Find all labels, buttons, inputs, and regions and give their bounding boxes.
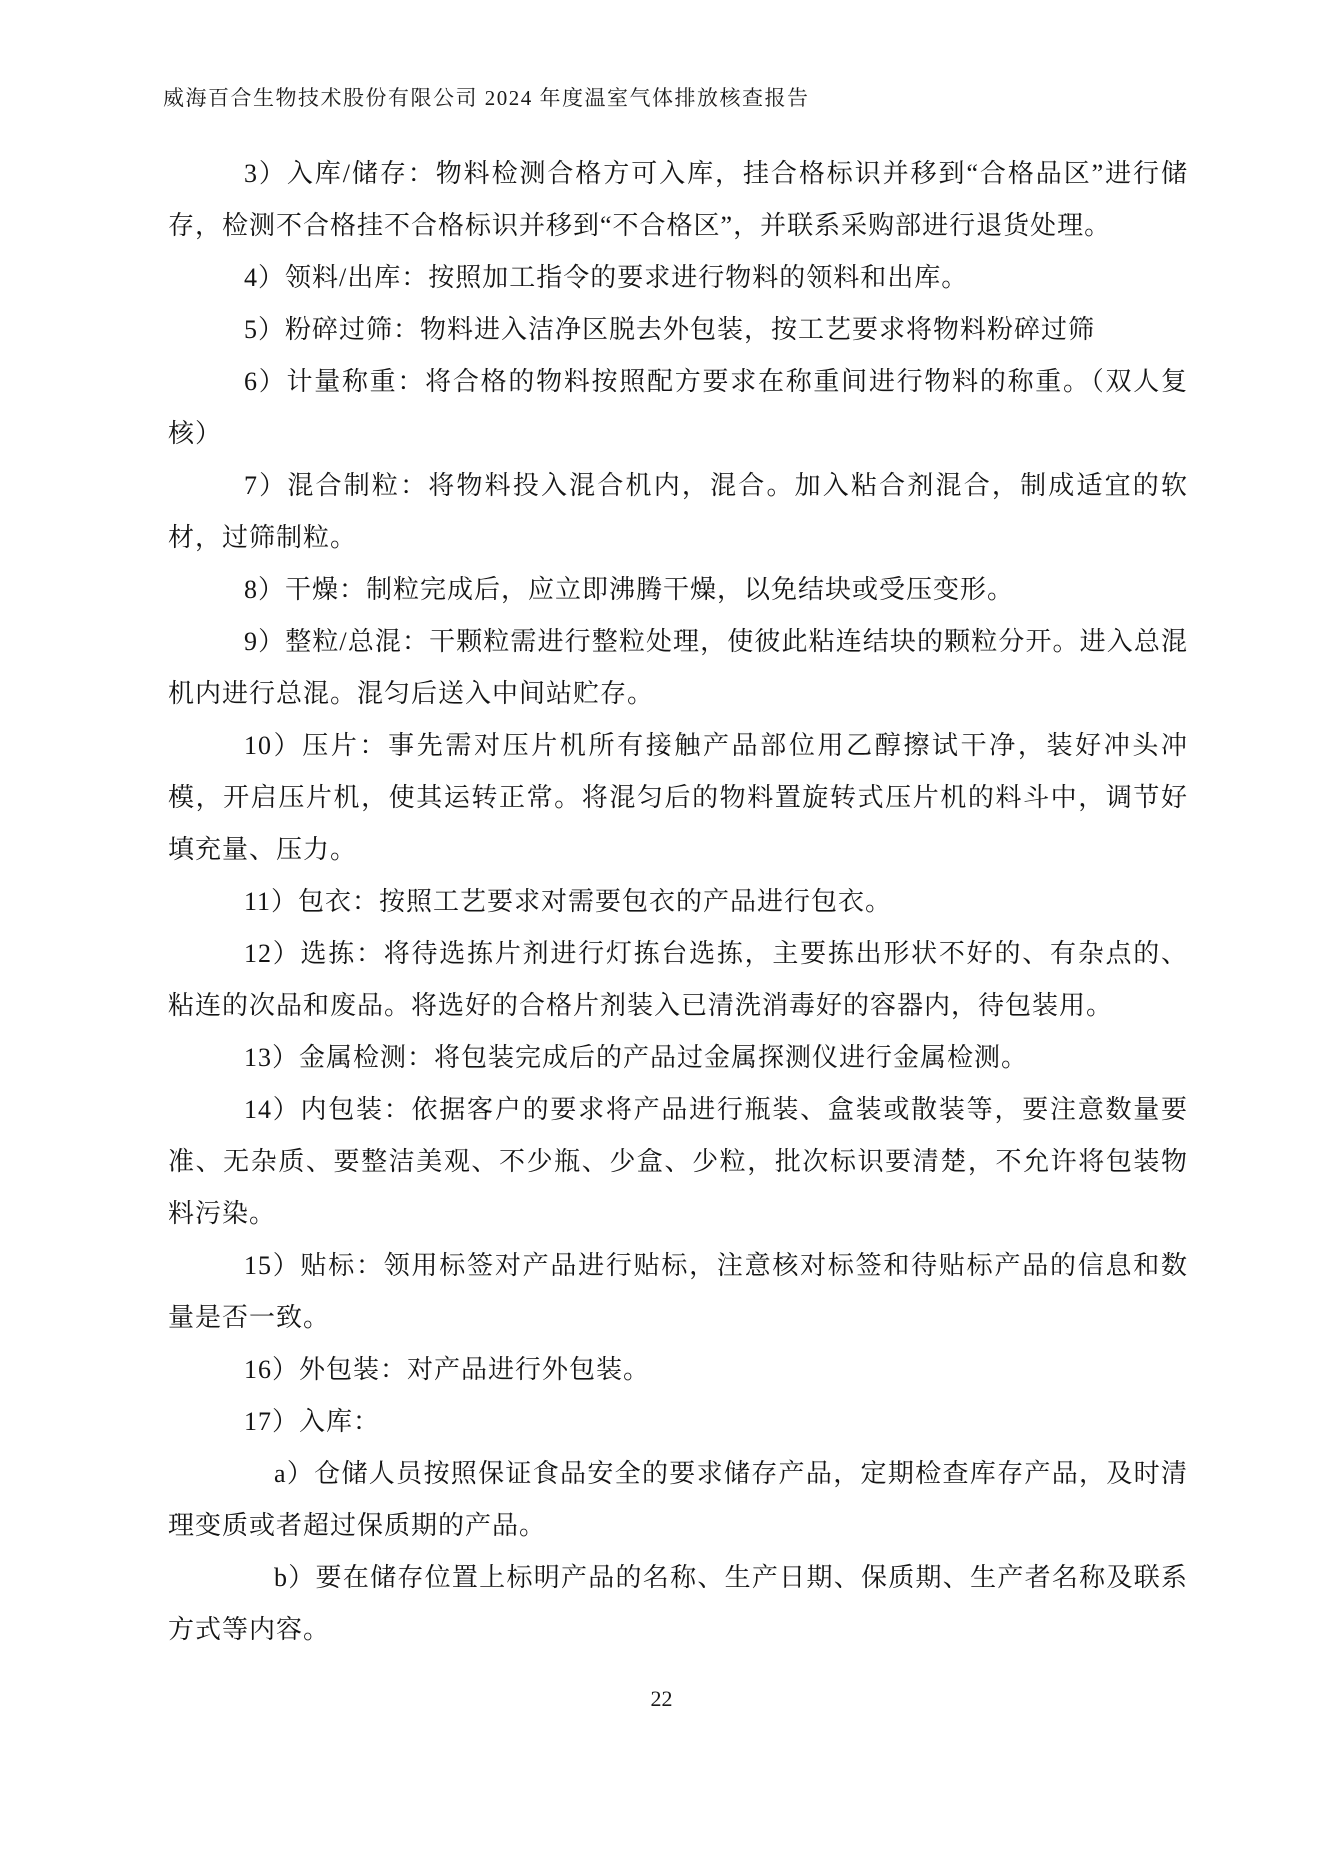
document-page: 威海百合生物技术股份有限公司 2024 年度温室气体排放核查报告 3）入库/储存… bbox=[0, 0, 1323, 1871]
step-9-paragraph: 9）整粒/总混：干颗粒需进行整粒处理，使彼此粘连结块的颗粒分开。进入总混机内进行… bbox=[168, 616, 1188, 720]
step-17b-paragraph: b）要在储存位置上标明产品的名称、生产日期、保质期、生产者名称及联系方式等内容。 bbox=[168, 1552, 1188, 1656]
step-5-paragraph: 5）粉碎过筛：物料进入洁净区脱去外包装，按工艺要求将物料粉碎过筛 bbox=[168, 304, 1188, 356]
step-6-paragraph: 6）计量称重：将合格的物料按照配方要求在称重间进行物料的称重。（双人复核） bbox=[168, 356, 1188, 460]
step-11-paragraph: 11）包衣：按照工艺要求对需要包衣的产品进行包衣。 bbox=[168, 876, 1188, 928]
step-8-paragraph: 8）干燥：制粒完成后，应立即沸腾干燥，以免结块或受压变形。 bbox=[168, 564, 1188, 616]
running-header-title: 威海百合生物技术股份有限公司 2024 年度温室气体排放核查报告 bbox=[163, 82, 810, 112]
step-15-paragraph: 15）贴标：领用标签对产品进行贴标，注意核对标签和待贴标产品的信息和数量是否一致… bbox=[168, 1240, 1188, 1344]
step-12-paragraph: 12）选拣：将待选拣片剂进行灯拣台选拣，主要拣出形状不好的、有杂点的、粘连的次品… bbox=[168, 928, 1188, 1032]
step-4-paragraph: 4）领料/出库：按照加工指令的要求进行物料的领料和出库。 bbox=[168, 252, 1188, 304]
step-17-paragraph: 17）入库： bbox=[168, 1396, 1188, 1448]
document-body: 3）入库/储存：物料检测合格方可入库，挂合格标识并移到“合格品区”进行储存，检测… bbox=[168, 148, 1188, 1656]
step-14-paragraph: 14）内包装：依据客户的要求将产品进行瓶装、盒装或散装等，要注意数量要准、无杂质… bbox=[168, 1084, 1188, 1240]
step-17a-paragraph: a）仓储人员按照保证食品安全的要求储存产品，定期检查库存产品，及时清理变质或者超… bbox=[168, 1448, 1188, 1552]
step-16-paragraph: 16）外包装：对产品进行外包装。 bbox=[168, 1344, 1188, 1396]
step-3-paragraph: 3）入库/储存：物料检测合格方可入库，挂合格标识并移到“合格品区”进行储存，检测… bbox=[168, 148, 1188, 252]
step-7-paragraph: 7）混合制粒：将物料投入混合机内，混合。加入粘合剂混合，制成适宜的软材，过筛制粒… bbox=[168, 460, 1188, 564]
step-13-paragraph: 13）金属检测：将包装完成后的产品过金属探测仪进行金属检测。 bbox=[168, 1032, 1188, 1084]
page-number: 22 bbox=[0, 1686, 1323, 1712]
step-10-paragraph: 10）压片：事先需对压片机所有接触产品部位用乙醇擦试干净，装好冲头冲模，开启压片… bbox=[168, 720, 1188, 876]
